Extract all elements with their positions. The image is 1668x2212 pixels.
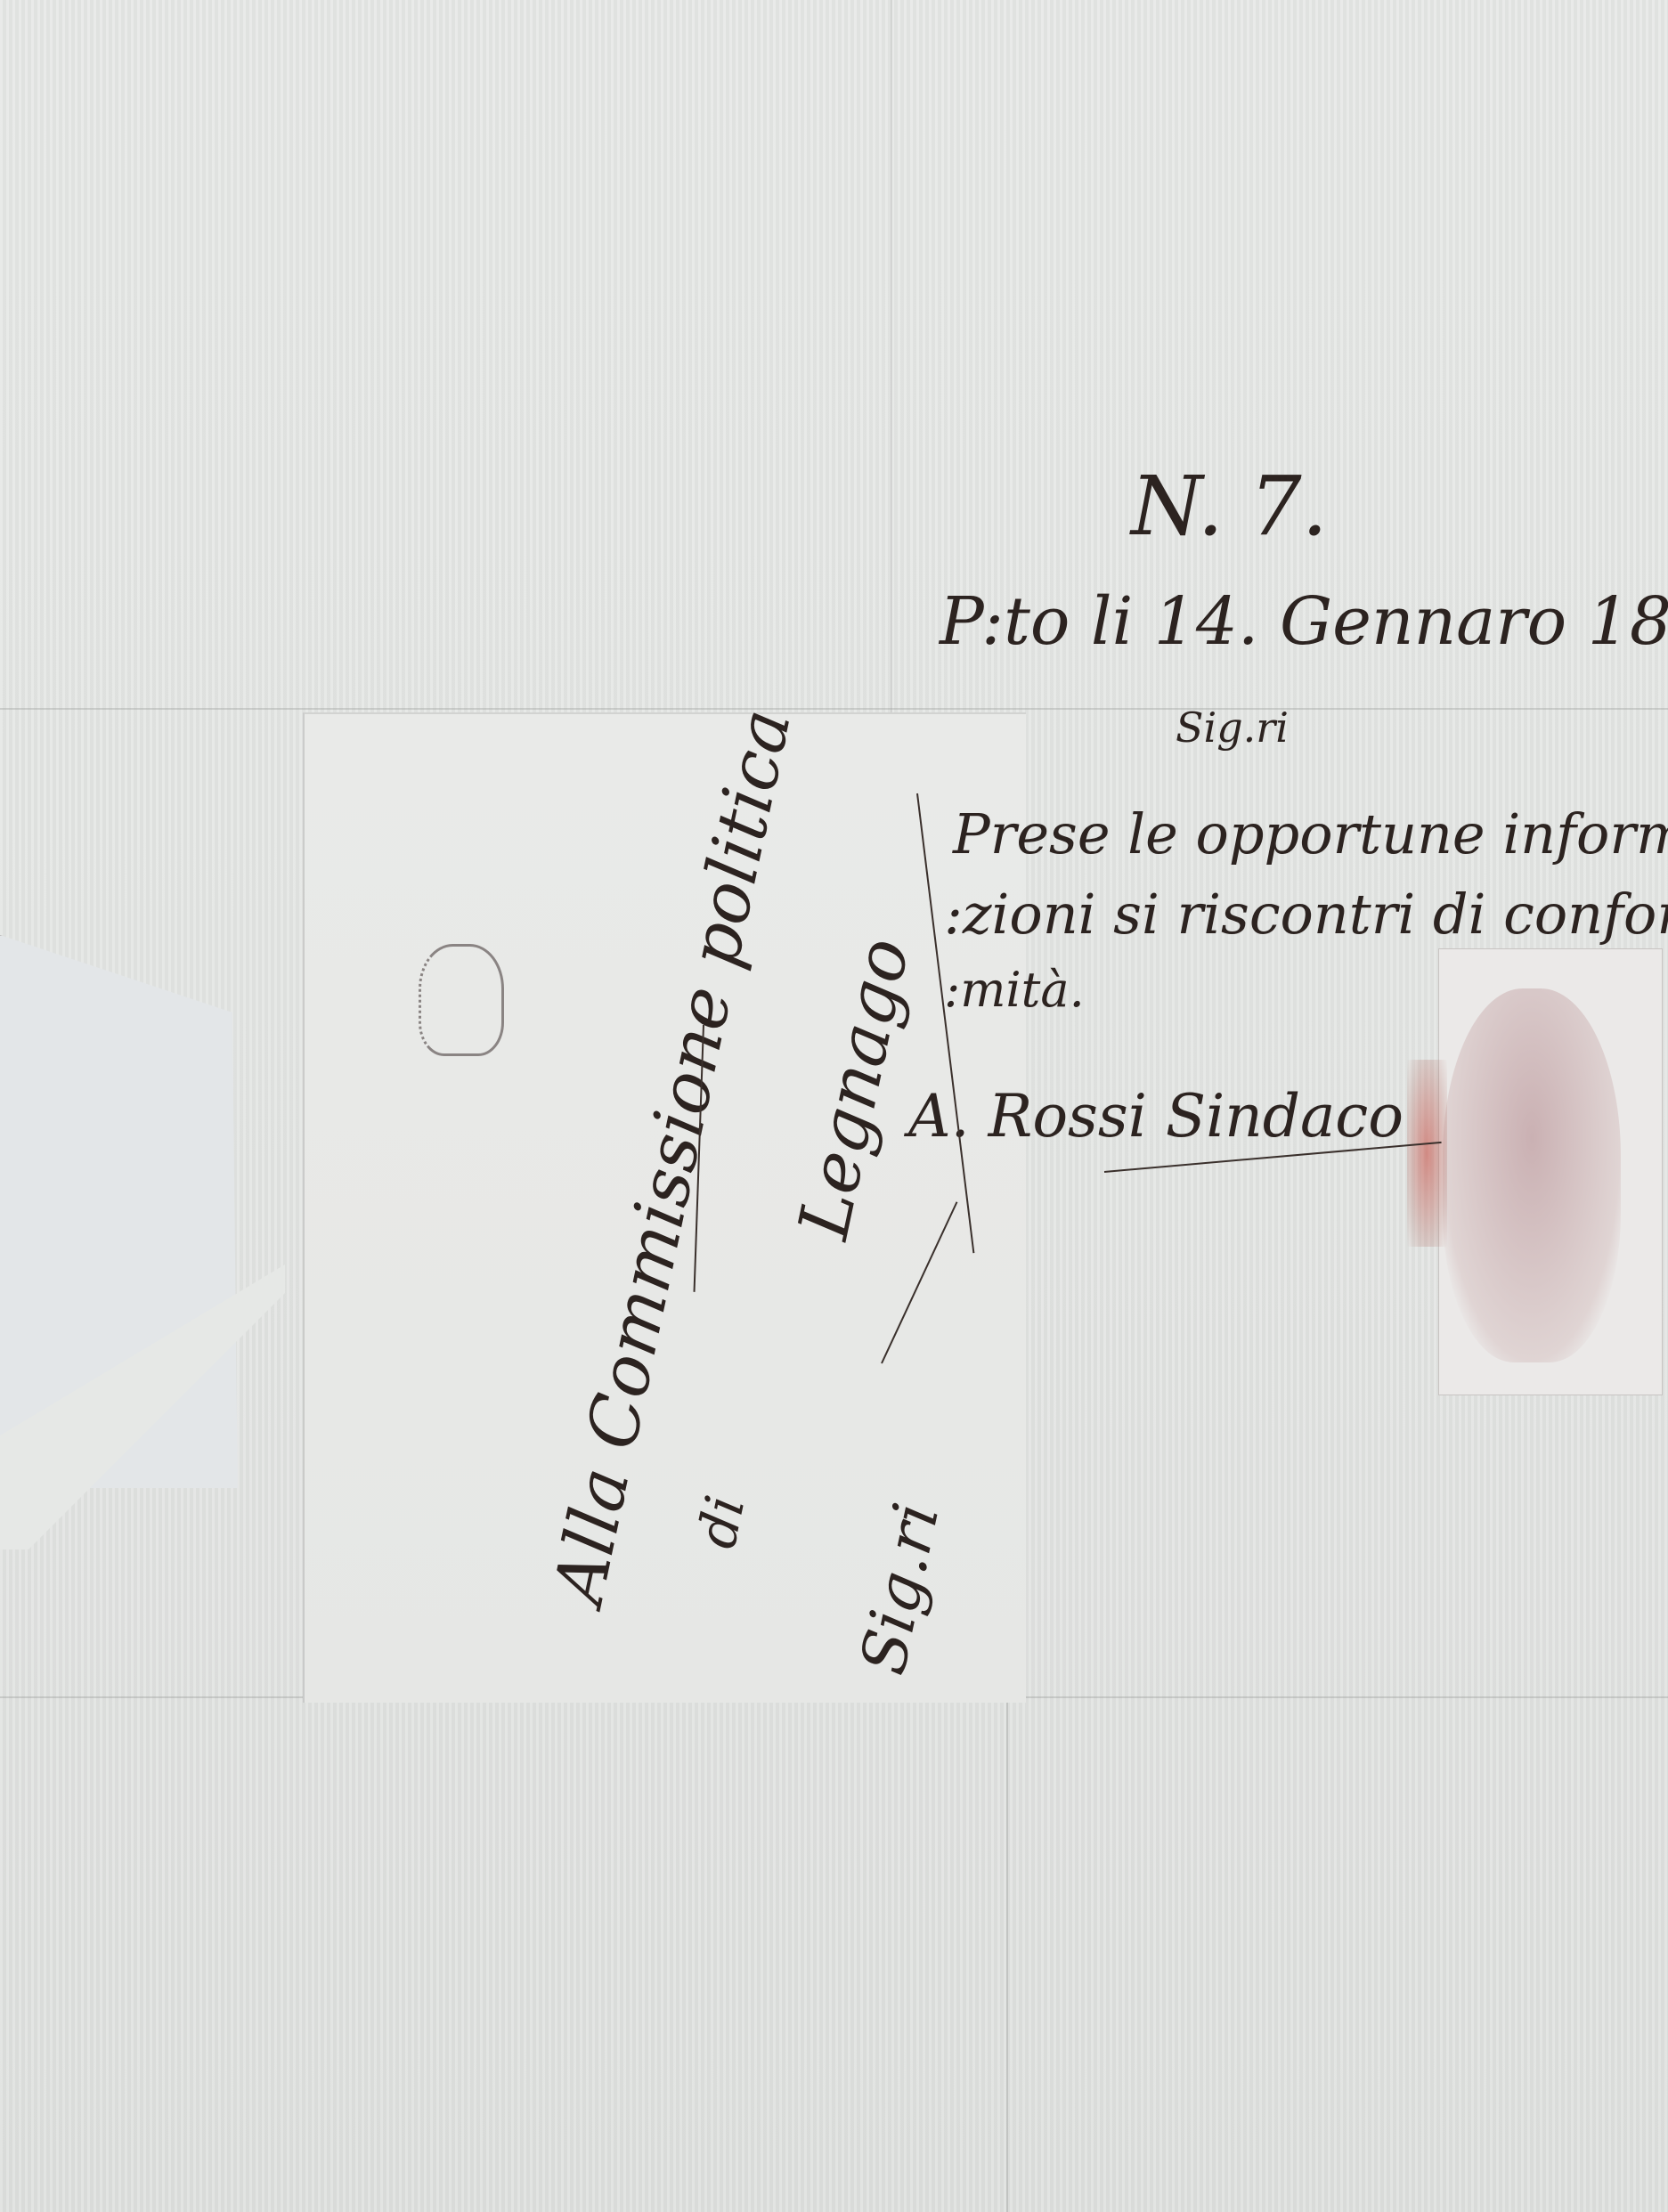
body-line: :mità. [944,962,1085,1018]
body-line: :zioni si riscontri di confor [944,882,1668,947]
wax-seal-stain [1443,988,1621,1362]
body-line: Prese le opportune informa [953,801,1668,866]
fold-line [0,708,1668,710]
postmark-stamp [419,944,504,1056]
document-number: N. 7. [1131,459,1328,554]
fold-line [1006,1692,1008,2212]
place-date: P:to li 14. Gennaro 1810. [940,583,1668,660]
signature: A. Rossi Sindaco [908,1082,1404,1151]
fold-line [891,0,892,712]
salutation: Sig.ri [1176,703,1289,752]
red-wax-residue [1407,1060,1447,1247]
